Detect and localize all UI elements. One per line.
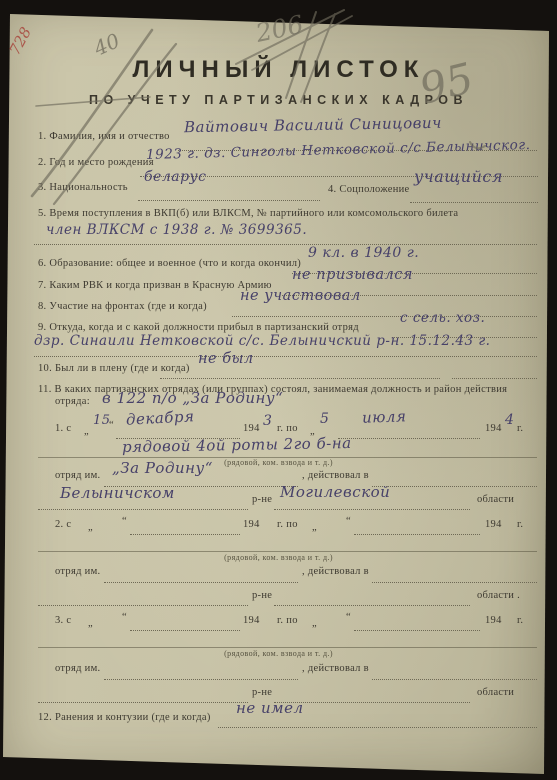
record-1-day-from: 15 bbox=[93, 413, 111, 428]
blank-line bbox=[372, 485, 537, 487]
blank-line bbox=[38, 604, 248, 606]
quote-close: “ bbox=[346, 612, 351, 623]
record-1-day-to: 5 bbox=[320, 411, 329, 427]
form-title: ЛИЧНЫЙ ЛИСТОК bbox=[0, 56, 557, 84]
field-11-label-line2: отряда: bbox=[55, 396, 90, 407]
g-po: г. по bbox=[277, 615, 298, 626]
rule-line bbox=[38, 646, 537, 648]
record-1-month-from: декабря bbox=[126, 407, 195, 429]
blank-line bbox=[34, 355, 537, 357]
field-7-label: 7. Каким РВК и когда призван в Красную А… bbox=[38, 280, 272, 291]
blank-line bbox=[104, 678, 298, 680]
g: г. bbox=[517, 423, 523, 434]
blank-line bbox=[130, 533, 240, 535]
field-10-value: не был bbox=[198, 351, 254, 367]
record-1-region: Могилевской bbox=[280, 483, 390, 501]
oblast-label: области bbox=[477, 494, 514, 505]
quote-open: „ bbox=[84, 426, 89, 437]
otryad-label: отряд им. bbox=[55, 663, 100, 674]
blank-line bbox=[452, 377, 537, 379]
quote-close: “ bbox=[122, 516, 127, 527]
oblast-label: области bbox=[477, 687, 514, 698]
blank-line bbox=[274, 604, 470, 606]
record-1-position: рядовой 4ой роты 2го б-на bbox=[122, 434, 352, 456]
record-3-index: 3. с bbox=[55, 615, 71, 626]
blank-line bbox=[138, 199, 320, 201]
year-printed: 194 bbox=[243, 615, 260, 626]
rne-label: р-не bbox=[252, 590, 272, 601]
year-printed: 194 bbox=[485, 423, 502, 434]
field-9-label: 9. Откуда, когда и с какой должности при… bbox=[38, 322, 359, 333]
rne-label: р-не bbox=[252, 687, 272, 698]
record-2-index: 2. с bbox=[55, 519, 71, 530]
g-po: г. по bbox=[277, 519, 298, 530]
year-printed: 194 bbox=[485, 519, 502, 530]
position-caption: (рядовой, ком. взвода и т. д.) bbox=[0, 553, 557, 562]
field-3-value: беларус bbox=[144, 169, 207, 185]
rule-line bbox=[38, 550, 537, 552]
field-4-value: учащийся bbox=[414, 167, 503, 186]
quote-open: „ bbox=[312, 618, 317, 629]
field-1-label: 1. Фамилия, имя и отчество bbox=[38, 131, 170, 142]
field-5-label: 5. Время поступления в ВКП(б) или ВЛКСМ,… bbox=[38, 208, 458, 219]
blank-line bbox=[274, 508, 470, 510]
quote-close: “ bbox=[122, 612, 127, 623]
record-1-district: Белыничском bbox=[60, 484, 175, 502]
field-12-label: 12. Ранения и контузии (где и когда) bbox=[38, 712, 211, 723]
field-10-label: 10. Был ли в плену (где и когда) bbox=[38, 363, 190, 374]
field-1-value: Вайтович Василий Синицович bbox=[184, 114, 442, 136]
field-12-value: не имел bbox=[236, 699, 304, 717]
quote-open: „ bbox=[88, 522, 93, 533]
record-1-year-from-digit: 3 bbox=[263, 413, 272, 429]
record-1-otryad-value: „За Родину“ bbox=[112, 459, 213, 477]
field-7-value: не призывался bbox=[292, 267, 413, 283]
blank-line bbox=[372, 581, 537, 583]
year-printed: 194 bbox=[243, 519, 260, 530]
field-6-label: 6. Образование: общее и военное (что и к… bbox=[38, 258, 301, 269]
acted-label: , действовал в bbox=[302, 663, 369, 674]
oblast-label: области . bbox=[477, 590, 520, 601]
position-caption: (рядовой, ком. взвода и т. д.) bbox=[0, 649, 557, 658]
g: г. bbox=[517, 615, 523, 626]
blank-line bbox=[130, 629, 240, 631]
g: г. bbox=[517, 519, 523, 530]
quote-close: “ bbox=[109, 420, 114, 431]
record-1-index: 1. с bbox=[55, 423, 71, 434]
blank-line bbox=[354, 629, 480, 631]
photo-frame: ЛИЧНЫЙ ЛИСТОК ПО УЧЕТУ ПАРТИЗАНСКИХ КАДР… bbox=[0, 0, 557, 780]
field-9-value: с сель. хоз. bbox=[400, 310, 485, 326]
field-2-label: 2. Год и место рождения bbox=[38, 157, 154, 168]
year-printed: 194 bbox=[485, 615, 502, 626]
blank-line bbox=[354, 533, 480, 535]
quote-open: „ bbox=[312, 522, 317, 533]
blank-line bbox=[160, 377, 440, 379]
blank-line bbox=[372, 678, 537, 680]
g-po: г. по bbox=[277, 423, 298, 434]
field-2-value: 1923 г. дз. Синголы Нетковской с/с Белын… bbox=[146, 137, 531, 163]
field-11-value: в 122 п/о „За Родину“ bbox=[102, 389, 283, 407]
field-6-value: 9 кл. в 1940 г. bbox=[308, 245, 419, 261]
year-printed: 194 bbox=[243, 423, 260, 434]
blank-line bbox=[104, 581, 298, 583]
blank-line bbox=[34, 243, 537, 245]
blank-line bbox=[38, 701, 248, 703]
otryad-label: отряд им. bbox=[55, 566, 100, 577]
otryad-label: отряд им. bbox=[55, 470, 100, 481]
field-8-label: 8. Участие на фронтах (где и когда) bbox=[38, 301, 207, 312]
blank-line bbox=[232, 315, 537, 317]
acted-label: , действовал в bbox=[302, 470, 369, 481]
form-sheet: ЛИЧНЫЙ ЛИСТОК ПО УЧЕТУ ПАРТИЗАНСКИХ КАДР… bbox=[0, 0, 557, 780]
blank-line bbox=[338, 437, 480, 439]
blank-line bbox=[38, 508, 248, 510]
field-8-value: не участвовал bbox=[240, 288, 361, 304]
quote-open: „ bbox=[88, 618, 93, 629]
rne-label: р-не bbox=[252, 494, 272, 505]
field-3-label: 3. Национальность bbox=[38, 182, 128, 193]
field-9-value-line2: дзр. Синаили Нетковской с/с. Белыничский… bbox=[34, 333, 490, 349]
record-1-month-to: июля bbox=[362, 407, 407, 427]
blank-line bbox=[410, 201, 538, 203]
field-4-label: 4. Соцположение bbox=[328, 184, 410, 195]
form-subtitle: ПО УЧЕТУ ПАРТИЗАНСКИХ КАДРОВ bbox=[0, 93, 557, 107]
blank-line bbox=[218, 726, 537, 728]
position-caption: (рядовой, ком. взвода и т. д.) bbox=[0, 458, 557, 467]
record-1-year-to-digit: 4 bbox=[505, 412, 514, 428]
quote-close: “ bbox=[346, 516, 351, 527]
acted-label: , действовал в bbox=[302, 566, 369, 577]
field-5-value: член ВЛКСМ с 1938 г. № 3699365. bbox=[46, 222, 307, 238]
